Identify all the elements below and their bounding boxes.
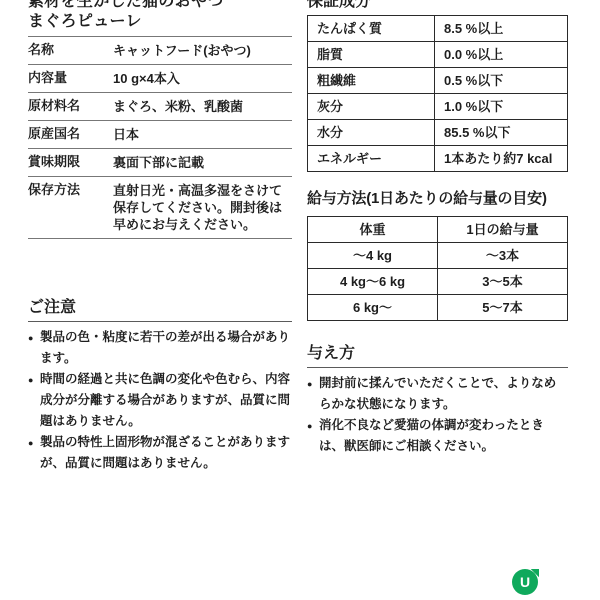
feed-amount: 5〜7本 — [438, 295, 568, 321]
product-title-line-1: 素材を生かした猫のおやつ — [28, 0, 292, 12]
cautions-heading: ご注意 — [28, 299, 292, 322]
feed-weight: 4 kg〜6 kg — [308, 269, 438, 295]
feed-header-row: 体重 1日の給与量 — [308, 217, 568, 243]
ga-row-energy: エネルギー 1本あたり約7 kcal — [308, 146, 568, 172]
feed-row: 4 kg〜6 kg 3〜5本 — [308, 269, 568, 295]
feed-weight: 〜4 kg — [308, 243, 438, 269]
info-label: 保存方法 — [28, 182, 113, 233]
ga-label: 水分 — [308, 120, 435, 146]
info-row-net-content: 内容量 10 g×4本入 — [28, 64, 292, 92]
how-to-feed-list: 開封前に揉んでいただくことで、よりなめらかな状態になります。 消化不良など愛猫の… — [307, 373, 568, 457]
product-title-line-2: まぐろピューレ — [28, 12, 292, 32]
feeding-guide-table: 体重 1日の給与量 〜4 kg 〜3本 4 kg〜6 kg 3〜5本 6 kg〜… — [307, 216, 568, 321]
cautions-list: 製品の色・粘度に若干の差が出る場合があります。 時間の経過と共に色調の変化や色む… — [28, 327, 292, 474]
ga-row-ash: 灰分 1.0 %以下 — [308, 94, 568, 120]
feed-weight: 6 kg〜 — [308, 295, 438, 321]
feed-row: 〜4 kg 〜3本 — [308, 243, 568, 269]
cautions-section: ご注意 製品の色・粘度に若干の差が出る場合があります。 時間の経過と共に色調の変… — [28, 299, 292, 474]
info-value: 裏面下部に記載 — [113, 154, 292, 171]
how-to-feed-section: 与え方 開封前に揉んでいただくことで、よりなめらかな状態になります。 消化不良な… — [307, 345, 568, 457]
info-label: 原材料名 — [28, 98, 113, 115]
info-row-storage: 保存方法 直射日光・高温多湿をさけて保存してください。開封後は早めにお与えくださ… — [28, 176, 292, 239]
product-title: 素材を生かした猫のおやつ まぐろピューレ — [28, 0, 292, 32]
caution-item: 製品の特性上固形物が混ざることがありますが、品質に問題はありません。 — [28, 432, 292, 474]
feed-col-daily-amount: 1日の給与量 — [438, 217, 568, 243]
info-row-country: 原産国名 日本 — [28, 120, 292, 148]
info-row-expiry: 賞味期限 裏面下部に記載 — [28, 148, 292, 176]
ga-row-moisture: 水分 85.5 %以下 — [308, 120, 568, 146]
info-value: まぐろ、米粉、乳酸菌 — [113, 98, 292, 115]
guaranteed-analysis-table: たんぱく質 8.5 %以上 脂質 0.0 %以上 粗繊維 0.5 %以下 灰分 … — [307, 15, 568, 172]
info-value: 日本 — [113, 126, 292, 143]
feed-row: 6 kg〜 5〜7本 — [308, 295, 568, 321]
ga-label: エネルギー — [308, 146, 435, 172]
ga-label: 灰分 — [308, 94, 435, 120]
info-label: 内容量 — [28, 70, 113, 87]
right-column: 保証成分 たんぱく質 8.5 %以上 脂質 0.0 %以上 粗繊維 0.5 %以… — [307, 0, 568, 457]
ga-value: 8.5 %以上 — [435, 16, 568, 42]
product-info-table: 名称 キャットフード(おやつ) 内容量 10 g×4本入 原材料名 まぐろ、米粉… — [28, 36, 292, 239]
ga-label: 粗繊維 — [308, 68, 435, 94]
info-value: 直射日光・高温多湿をさけて保存してください。開封後は早めにお与えください。 — [113, 182, 292, 233]
info-label: 名称 — [28, 42, 113, 59]
feed-amount: 3〜5本 — [438, 269, 568, 295]
feed-amount: 〜3本 — [438, 243, 568, 269]
guaranteed-analysis-heading: 保証成分 — [307, 0, 568, 12]
ga-label: たんぱく質 — [308, 16, 435, 42]
info-value: 10 g×4本入 — [113, 70, 292, 87]
brand-badge-letter: U — [520, 569, 530, 595]
ga-row-fat: 脂質 0.0 %以上 — [308, 42, 568, 68]
ga-value: 85.5 %以下 — [435, 120, 568, 146]
ga-row-fiber: 粗繊維 0.5 %以下 — [308, 68, 568, 94]
feed-col-weight: 体重 — [308, 217, 438, 243]
ga-value: 0.0 %以上 — [435, 42, 568, 68]
brand-badge[interactable]: U — [512, 569, 538, 595]
how-to-feed-heading: 与え方 — [307, 345, 568, 368]
info-label: 賞味期限 — [28, 154, 113, 171]
how-to-feed-item: 消化不良など愛猫の体調が変わったときは、獣医師にご相談ください。 — [307, 415, 568, 457]
left-column: 素材を生かした猫のおやつ まぐろピューレ 名称 キャットフード(おやつ) 内容量… — [28, 0, 292, 474]
ga-value: 0.5 %以下 — [435, 68, 568, 94]
caution-item: 製品の色・粘度に若干の差が出る場合があります。 — [28, 327, 292, 369]
info-row-ingredients: 原材料名 まぐろ、米粉、乳酸菌 — [28, 92, 292, 120]
ga-value: 1.0 %以下 — [435, 94, 568, 120]
ga-row-protein: たんぱく質 8.5 %以上 — [308, 16, 568, 42]
product-label-page: 素材を生かした猫のおやつ まぐろピューレ 名称 キャットフード(おやつ) 内容量… — [0, 0, 600, 600]
ga-label: 脂質 — [308, 42, 435, 68]
ga-value: 1本あたり約7 kcal — [435, 146, 568, 172]
info-value: キャットフード(おやつ) — [113, 42, 292, 59]
feeding-guide-heading: 給与方法(1日あたりの給与量の目安) — [307, 190, 568, 208]
caution-item: 時間の経過と共に色調の変化や色むら、内容成分が分離する場合がありますが、品質に問… — [28, 369, 292, 432]
info-row-name: 名称 キャットフード(おやつ) — [28, 36, 292, 64]
how-to-feed-item: 開封前に揉んでいただくことで、よりなめらかな状態になります。 — [307, 373, 568, 415]
info-label: 原産国名 — [28, 126, 113, 143]
